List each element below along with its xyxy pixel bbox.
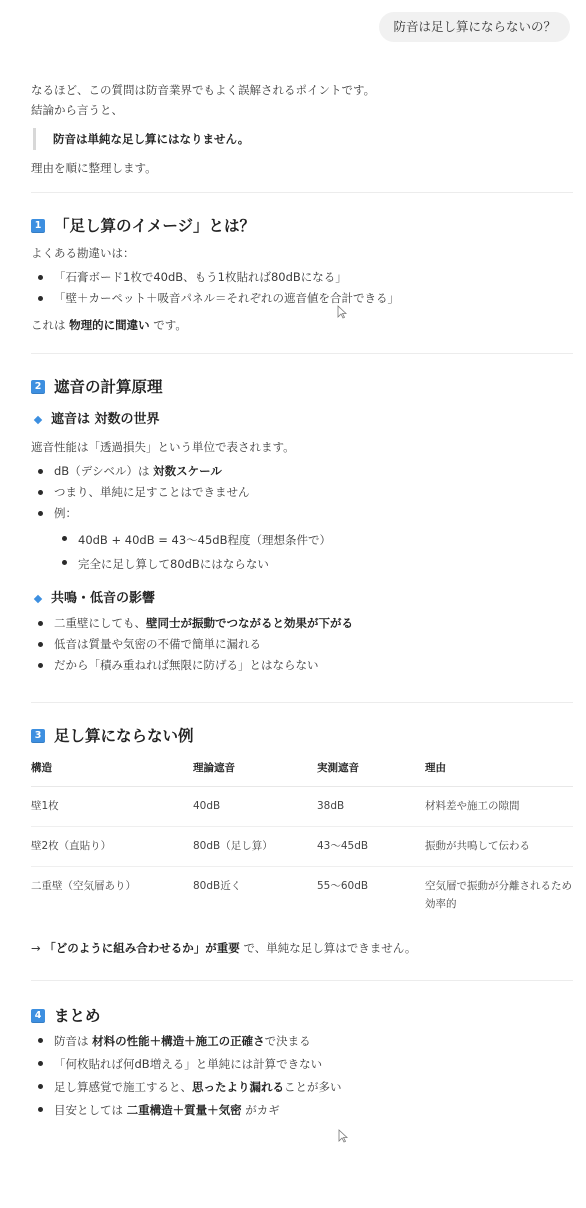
text: ことが多い <box>284 1080 342 1094</box>
user-message-row: 防音は足し算にならないの？ <box>379 12 570 42</box>
section-2-title: 遮音の計算原理 <box>54 375 163 399</box>
subsection-resonance-heading: 共鳴・低音の影響 <box>31 588 571 610</box>
section-3-heading: 3 足し算にならない例 <box>31 724 571 748</box>
table-cell: 55〜60dB <box>317 867 425 925</box>
table-cell: 壁2枚（直貼り） <box>31 827 193 867</box>
section-1-conclusion: これは 物理的に間違い です。 <box>31 315 571 335</box>
text: 足し算感覚で施工すると、 <box>54 1080 192 1094</box>
text: です。 <box>150 318 187 332</box>
text: で、単純な足し算はできません。 <box>240 941 417 955</box>
mouse-cursor-icon <box>338 1129 348 1143</box>
intro-line-1: なるほど、この質問は防音業界でもよく誤解されるポイントです。 <box>31 80 571 100</box>
bold-text: 対数スケール <box>153 464 222 478</box>
arrow-text: → <box>31 941 44 955</box>
section-1-lead: よくある勘違いは： <box>31 243 571 263</box>
table-cell: 80dB近く <box>193 867 317 925</box>
table-cell: 80dB（足し算） <box>193 827 317 867</box>
list-item: 「何枚貼れば何dB増える」と単純には計算できない <box>31 1053 571 1076</box>
section-3-note: → 「どのように組み合わせるか」が重要 で、単純な足し算はできません。 <box>31 938 571 958</box>
bold-text: 材料の性能＋構造＋施工の正確さ <box>92 1034 265 1048</box>
section-2-heading: 2 遮音の計算原理 <box>31 375 571 399</box>
text: 二重壁にしても、 <box>54 616 146 630</box>
list-item: だから「積み重ねれば無限に防げる」とはならない <box>31 655 571 676</box>
subsection-title: 遮音は 対数の世界 <box>51 409 160 431</box>
diamond-bullet-icon <box>34 416 42 424</box>
subsection-title: 共鳴・低音の影響 <box>51 588 155 610</box>
list-item: 目安としては 二重構造＋質量＋気密 がカギ <box>31 1099 571 1122</box>
keycap-1-icon: 1 <box>31 219 45 233</box>
intro-line-3: 理由を順に整理します。 <box>31 158 571 178</box>
list-item: 低音は質量や気密の不備で簡単に漏れる <box>31 634 571 655</box>
list-item: 足し算感覚で施工すると、思ったより漏れることが多い <box>31 1076 571 1099</box>
section-1-heading: 1 「足し算のイメージ」とは？ <box>31 214 571 238</box>
table-cell: 振動が共鳴して伝わる <box>425 827 573 867</box>
table-cell: 材料差や施工の隙間 <box>425 787 573 827</box>
table-cell: 壁1枚 <box>31 787 193 827</box>
divider <box>31 192 573 193</box>
divider <box>31 980 573 981</box>
assistant-response: なるほど、この質問は防音業界でもよく誤解されるポイントです。 結論から言うと、 … <box>31 80 571 1122</box>
list-item: 防音は 材料の性能＋構造＋施工の正確さで決まる <box>31 1030 571 1053</box>
table-row: 壁2枚（直貼り） 80dB（足し算） 43〜45dB 振動が共鳴して伝わる <box>31 827 573 867</box>
text: 防音は <box>54 1034 92 1048</box>
list-item: つまり、単純に足すことはできません <box>31 482 571 503</box>
column-header: 構造 <box>31 754 193 787</box>
bold-text: 壁同士が振動でつながると効果が下がる <box>146 616 353 630</box>
list-item: dB（デシベル）は 対数スケール <box>31 461 571 482</box>
list-item: 完全に足し算して80dBにはならない <box>31 552 571 576</box>
bold-text: 二重構造＋質量＋気密 <box>127 1103 242 1117</box>
text: で決まる <box>265 1034 311 1048</box>
section-1-title: 「足し算のイメージ」とは？ <box>54 214 255 238</box>
divider <box>31 353 573 354</box>
list-item: 「石膏ボード1枚で40dB、もう1枚貼れば80dBになる」 <box>31 267 571 288</box>
bold-text: 物理的に間違い <box>69 318 150 332</box>
user-message-bubble: 防音は足し算にならないの？ <box>379 12 570 42</box>
comparison-table: 構造 理論遮音 実測遮音 理由 壁1枚 40dB 38dB 材料差や施工の隙間 … <box>31 754 573 924</box>
list-item: 40dB + 40dB = 43〜45dB程度（理想条件で） <box>31 528 571 552</box>
text: dB（デシベル）は <box>54 464 153 478</box>
subsection-2-list: 二重壁にしても、壁同士が振動でつながると効果が下がる 低音は質量や気密の不備で簡… <box>31 613 571 676</box>
keycap-3-icon: 3 <box>31 729 45 743</box>
column-header: 理由 <box>425 754 573 787</box>
example-sublist: 40dB + 40dB = 43〜45dB程度（理想条件で） 完全に足し算して8… <box>31 528 571 576</box>
section-4-title: まとめ <box>54 1004 101 1028</box>
table-row: 二重壁（空気層あり） 80dB近く 55〜60dB 空気層で振動が分離されるため… <box>31 867 573 925</box>
section-4-heading: 4 まとめ <box>31 1004 571 1028</box>
text: 目安としては <box>54 1103 127 1117</box>
list-item: 「壁＋カーペット＋吸音パネル＝それぞれの遮音値を合計できる」 <box>31 288 571 309</box>
keycap-2-icon: 2 <box>31 380 45 394</box>
subsection-logarithm-heading: 遮音は 対数の世界 <box>31 409 571 431</box>
section-1-list: 「石膏ボード1枚で40dB、もう1枚貼れば80dBになる」 「壁＋カーペット＋吸… <box>31 267 571 309</box>
section-3-title: 足し算にならない例 <box>54 724 194 748</box>
table-row: 壁1枚 40dB 38dB 材料差や施工の隙間 <box>31 787 573 827</box>
column-header: 理論遮音 <box>193 754 317 787</box>
table-cell: 二重壁（空気層あり） <box>31 867 193 925</box>
table-cell: 38dB <box>317 787 425 827</box>
table-cell: 43〜45dB <box>317 827 425 867</box>
table-cell: 空気層で振動が分離されるため効率的 <box>425 867 573 925</box>
mouse-cursor-icon <box>337 305 347 319</box>
divider <box>31 702 573 703</box>
list-item: 例： <box>31 503 571 524</box>
keycap-4-icon: 4 <box>31 1009 45 1023</box>
text: がカギ <box>242 1103 280 1117</box>
summary-list: 防音は 材料の性能＋構造＋施工の正確さで決まる 「何枚貼れば何dB増える」と単純… <box>31 1030 571 1122</box>
subsection-lead: 遮音性能は「透過損失」という単位で表されます。 <box>31 437 571 457</box>
bold-text: 思ったより漏れる <box>192 1080 284 1094</box>
conclusion-blockquote: 防音は単純な足し算にはなりません。 <box>33 128 571 150</box>
subsection-1-list: dB（デシベル）は 対数スケール つまり、単純に足すことはできません 例： <box>31 461 571 524</box>
table-cell: 40dB <box>193 787 317 827</box>
column-header: 実測遮音 <box>317 754 425 787</box>
list-item: 二重壁にしても、壁同士が振動でつながると効果が下がる <box>31 613 571 634</box>
bold-text: 「どのように組み合わせるか」が重要 <box>44 941 240 955</box>
table-header-row: 構造 理論遮音 実測遮音 理由 <box>31 754 573 787</box>
diamond-bullet-icon <box>34 595 42 603</box>
text: これは <box>31 318 69 332</box>
intro-line-2: 結論から言うと、 <box>31 100 571 120</box>
